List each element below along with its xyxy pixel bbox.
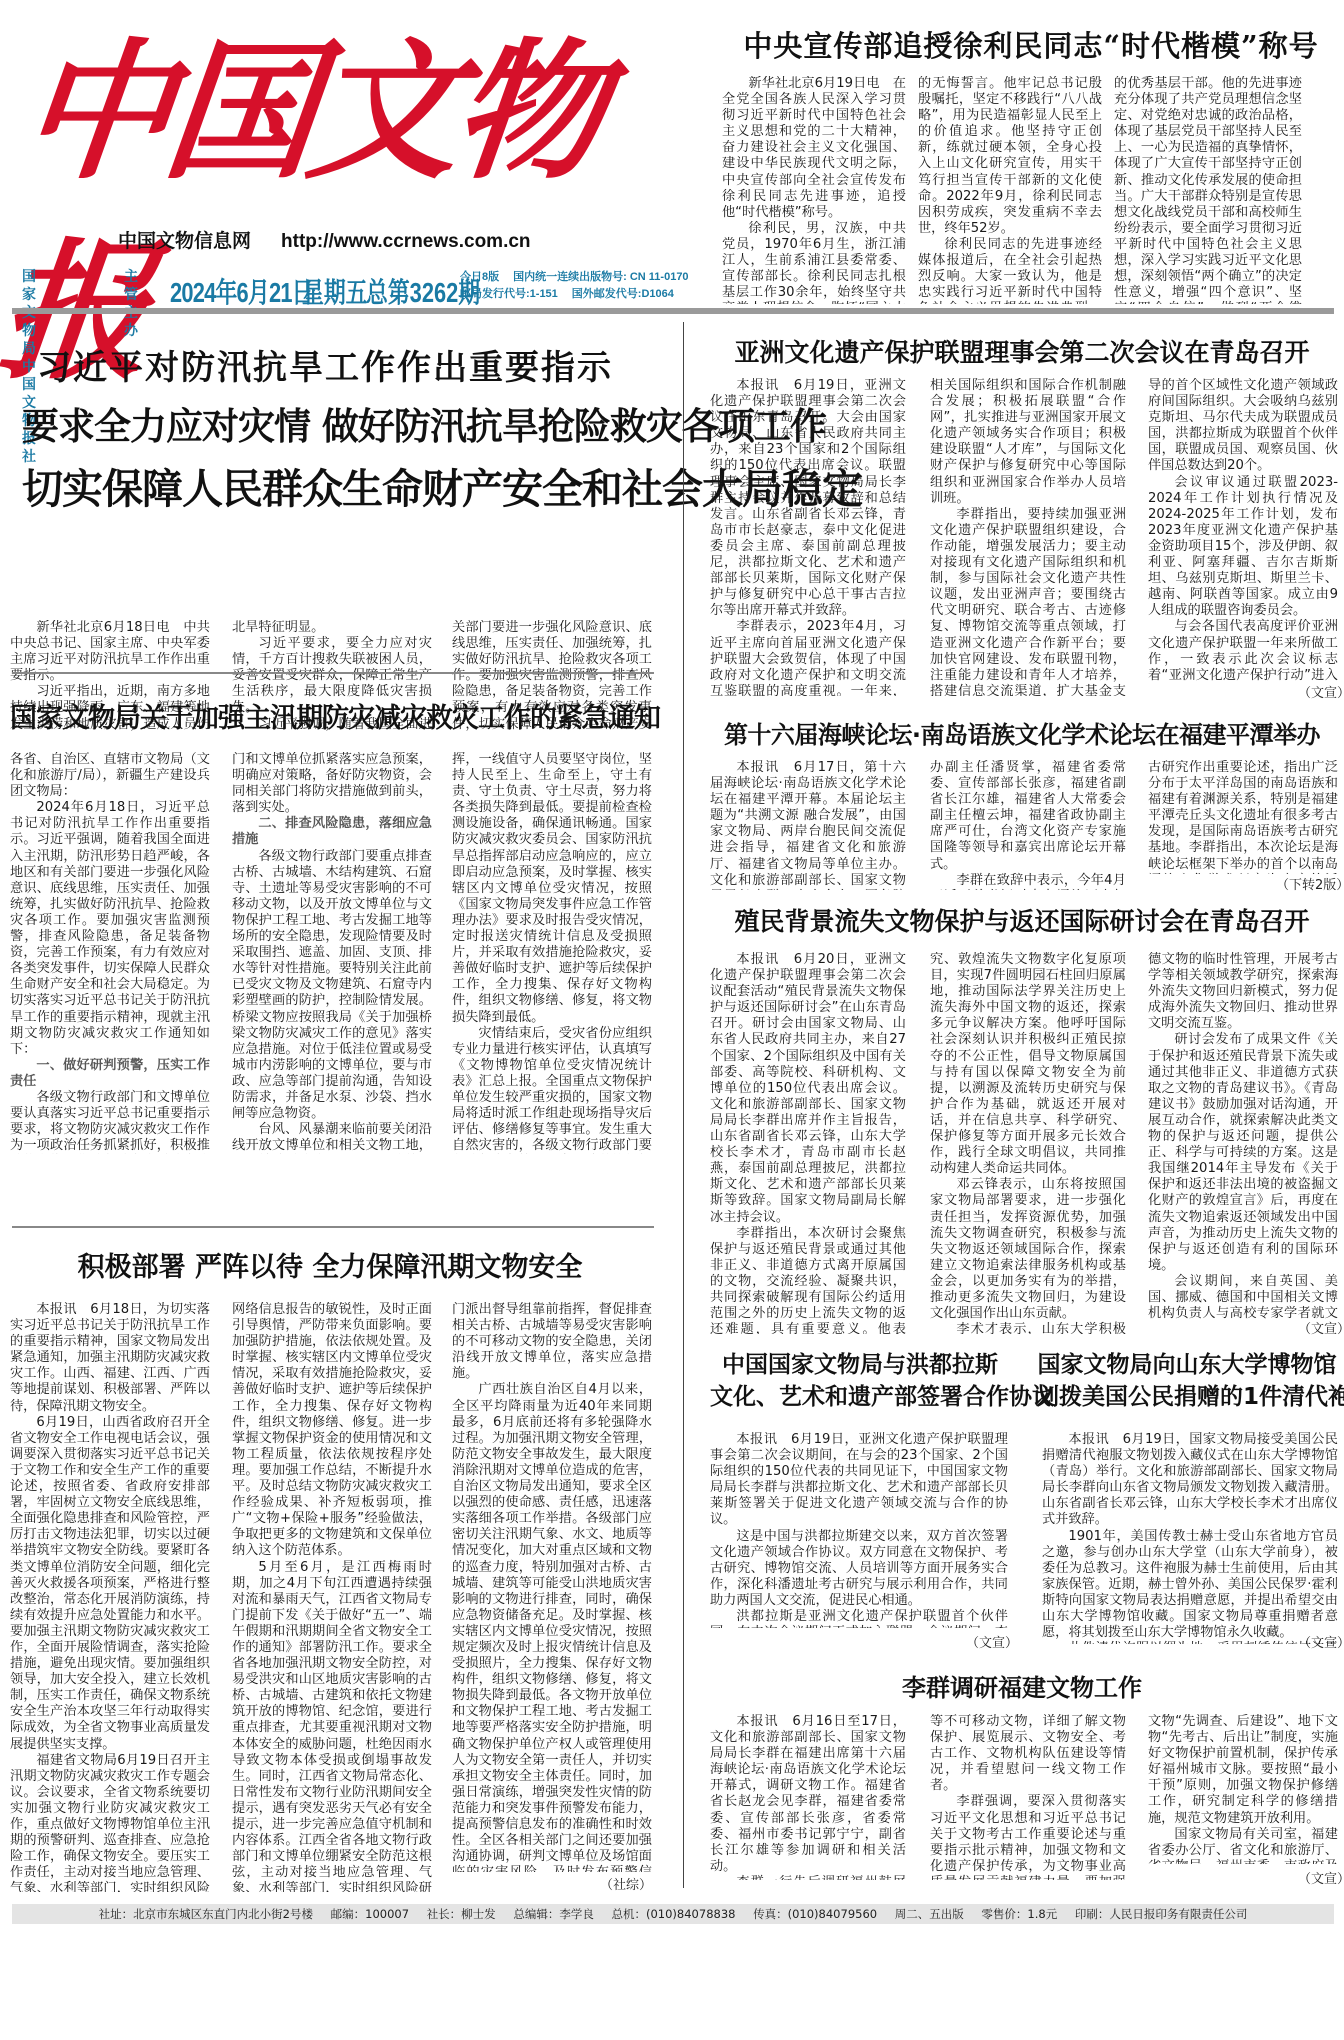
paragraph: 等不可移动文物，详细了解文物保护、展览展示、文物安全、考古工作、文物机构队伍建设… [930, 1714, 1126, 1794]
paragraph: 这是中国与洪都拉斯建交以来，双方首次签署文化遗产领域合作协议。双方同意在文物保护… [710, 1529, 1008, 1609]
publisher-roles: 主管 主办 [124, 267, 138, 339]
cn-number: 国内统一连续出版物号: CN 11-0170 [513, 271, 688, 283]
publisher-footer: 社址：北京市东城区东直门内北小街2号楼 邮编：100007 社长：柳士发 总编辑… [12, 1904, 1334, 1924]
paragraph: 5月至6月，是江西梅雨时期，加之4月下旬江西遭遇持续强对流和暴雨天气，江西省文物… [232, 1560, 432, 1893]
page-column-divider [683, 322, 684, 1888]
headline-fujian-survey: 李群调研福建文物工作 [700, 1668, 1344, 1703]
headline-flood-deploy: 积极部署 严阵以待 全力保障汛期文物安全 [20, 1245, 640, 1284]
paragraph: 新华社北京6月19日电 在全党全国各族人民深入学习贯彻习近平新时代中国特色社会主… [722, 76, 906, 221]
paragraph: 北旱特征明显。 [232, 620, 432, 636]
headline-flood-instruction-2: 要求全力应对灾情 做好防汛抗旱抢险救灾各项工作 [22, 396, 642, 450]
issue-date: 2024年6月21日 [170, 271, 313, 311]
asia-alliance-col-1: 本报讯 6月19日，亚洲文化遗产保护联盟理事会第二次会议在山东青岛召开。大会由国… [710, 378, 906, 696]
emergency-notice-col-2: 门和文博单位抓紧落实应急预案，明确应对策略，备好防灾物资，会同相关部门将防灾措施… [232, 752, 432, 1154]
headline-asia-alliance: 亚洲文化遗产保护联盟理事会第二次会议在青岛召开 [700, 333, 1344, 369]
byline: （文宣） [1298, 1868, 1344, 1887]
continued-link[interactable]: （下转2版） [1276, 874, 1344, 893]
paragraph: 李群一行先后调研福州鼓屏路86号遗址、三坊七巷沈葆桢故居、柔远驿（琉球馆）、福建… [710, 1875, 906, 1880]
headline-flood-instruction-3: 切实保障人民群众生命财产安全和社会大局稳定 [22, 456, 642, 515]
footer-price: 零售价：1.8元 [981, 1907, 1057, 1921]
footer-fax: 传真：(010)84079560 [753, 1907, 877, 1921]
newspaper-logo: 中国文物报 [11, 12, 642, 212]
headline-strait-forum: 第十六届海峡论坛·南岛语族文化学术论坛在福建平潭举办 [700, 715, 1344, 750]
emergency-notice-col-3: 挥，一线值守人员要坚守岗位，坚持人民至上、生命至上，守土有责、守土负责、守土尽责… [452, 752, 652, 1154]
role-supervisor: 主管 [124, 267, 138, 303]
xu-limin-col-2: 的无悔誓言。他牢记总书记殷殷嘱托，坚定不移践行“八八战略”，用为民造福彰显人民至… [918, 76, 1102, 304]
paragraph: 徐利民，男，汉族，中共党员，1970年6月生，浙江浦江人，生前系浦江县委常委、宣… [722, 221, 906, 304]
paragraph: 办副主任潘贤掌，福建省委常委、宣传部部长张彦，福建省副省长江尔雄，福建省人大常委… [930, 760, 1126, 873]
paragraph: 2024年6月18日，习近平总书记对防汛抗旱工作作出重要指示。习近平强调，随着我… [10, 800, 210, 1058]
footer-editor: 总编辑：李学良 [513, 1907, 594, 1921]
paragraph: 广西壮族自治区自4月以来，全区平均降雨量为近40年来同期最多，6月底前还将有多轮… [452, 1382, 652, 1872]
paragraph: 国家文物局有关司室，福建省委办公厅、省文化和旅游厅、省文物局，福州市委、市政府及… [1148, 1827, 1338, 1864]
site-name: 中国文物信息网 [118, 231, 251, 252]
fujian-survey-col-1: 本报讯 6月16日至17日，文化和旅游部副部长、国家文物局局长李群在福建出席第十… [710, 1714, 906, 1880]
paragraph: 李群指出，本次研讨会聚焦保护与返还殖民背景或通过其他非正义、非道德方式离开原属国… [710, 1226, 906, 1334]
paragraph: 各级文物行政部门要重点排查古桥、古城墙、木结构建筑、石窟寺、土遗址等易受灾害影响… [232, 849, 432, 1123]
paragraph: 究、敦煌流失文物数字化复原项目，实现7件圆明园石柱回归原属地，推动国际法学界关注… [930, 952, 1126, 1177]
honduras-body: 本报讯 6月19日，亚洲文化遗产保护联盟理事会第二次会议期间，在与会的23个国家… [710, 1432, 1008, 1628]
paragraph: 与会各国代表高度评价亚洲文化遗产保护联盟一年来所做工作，一致表示此次会议标志着“… [1148, 619, 1338, 682]
paragraph: 会议审议通过联盟2023-2024年工作计划执行情况及2024-2025年工作计… [1148, 475, 1338, 620]
paragraph: 李群指出，要持续加强亚洲文化遗产保护联盟组织建设，合作动能，增强发展活力；要主动… [930, 507, 1126, 696]
byline: （文宣） [1298, 682, 1344, 701]
paragraph: 本报讯 6月18日，为切实落实习近平总书记关于防汛抗旱工作的重要指示精神，国家文… [10, 1302, 210, 1415]
paragraph: 本报讯 6月17日，第十六届海峡论坛·南岛语族文化学术论坛在福建平潭开幕。本届论… [710, 760, 906, 890]
paragraph: 研讨会发布了成果文件《关于保护和返还殖民背景下流失或通过其他非正义、非道德方式获… [1148, 1032, 1338, 1273]
repatriation-col-3: 德文物的临时性管理，开展考古学等相关领域教学研究，探索海外流失文物回归新模式，努… [1148, 952, 1338, 1320]
repatriation-col-2: 究、敦煌流失文物数字化复原项目，实现7件圆明园石柱回归原属地，推动国际法学界关注… [930, 952, 1126, 1334]
emergency-notice-col-1: 各省、自治区、直辖市文物局（文化和旅游厅/局），新疆生产建设兵团文物局： 202… [10, 752, 210, 1154]
paragraph: 文物“先调查、后建设”、地下文物“先考古、后出让”制度，实施好文物保护前置机制，… [1148, 1714, 1338, 1827]
paragraph: 福建省文物局6月19日召开主汛期文物防灾减灾救灾工作专题会议。会议要求，全省文物… [10, 1753, 210, 1892]
paragraph: 相关国际组织和国际合作机制融合发展；积极拓展联盟“合作网”，扎实推进与亚洲国家开… [930, 378, 1126, 507]
paragraph: 的优秀基层干部。他的先进事迹充分体现了共产党员理想信念坚定、对党绝对忠诚的政治品… [1114, 76, 1302, 304]
paragraph: 门派出督导组靠前指挥，督促排查相关古桥、古城墙等易受灾害影响的不可移动文物的安全… [452, 1302, 652, 1382]
paragraph: 李术才表示，山东大学积极投入海外流失文物的返还工作，正与美国加州大学洛杉矶分校合… [930, 1322, 1126, 1334]
paragraph: 门和文博单位抓紧落实应急预案，明确应对策略，备好防灾物资，会同相关部门将防灾措施… [232, 752, 432, 816]
headline-honduras-2: 文化、艺术和遗产部签署合作协议 [710, 1382, 1010, 1412]
issue-weekday: 星期五 [302, 271, 368, 311]
paragraph: 德文物的临时性管理，开展考古学等相关领域教学研究，探索海外流失文物回归新模式，努… [1148, 952, 1338, 1032]
headline-repatriation-symposium: 殖民背景流失文物保护与返还国际研讨会在青岛召开 [700, 902, 1344, 938]
repatriation-col-1: 本报讯 6月20日，亚洲文化遗产保护联盟理事会第二次会议配套活动“殖民背景流失文… [710, 952, 906, 1334]
paragraph: 本报讯 6月19日，亚洲文化遗产保护联盟理事会第二次会议期间，在与会的23个国家… [710, 1432, 1008, 1529]
headline-xu-limin: 中央宣传部追授徐利民同志“时代楷模”称号 [728, 24, 1334, 65]
paragraph: 本报讯 6月19日，亚洲文化遗产保护联盟理事会第二次会议在山东青岛召开。大会由国… [710, 378, 906, 619]
section-heading: 一、做好研判预警，压实工作责任 [10, 1058, 210, 1090]
masthead-divider [12, 308, 1334, 314]
footer-postcode: 邮编：100007 [331, 1907, 409, 1921]
footer-address: 社址：北京市东城区东直门内北小街2号楼 [99, 1907, 313, 1921]
flood-deploy-col-3: 门派出督导组靠前指挥，督促排查相关古桥、古城墙等易受灾害影响的不可移动文物的安全… [452, 1302, 652, 1872]
byline: （社综） [600, 1874, 652, 1893]
asia-alliance-col-3: 导的首个区域性文化遗产领域政府间国际组织。大会吸纳乌兹别克斯坦、马尔代夫成为联盟… [1148, 378, 1338, 682]
paragraph: 台风、风暴潮来临前要关闭沿线开放文博单位和相关文物工地，及时转移受威胁区域人员，… [232, 1122, 432, 1154]
paragraph: 徐利民同志的先进事迹经媒体报道后，在全社会引起热烈反响。大家一致认为，他是忠实践… [918, 237, 1102, 304]
footer-phone: 总机：(010)84078838 [612, 1907, 736, 1921]
postal-code: 邮局发行代号:1-151 [460, 288, 558, 300]
paragraph: 的无悔誓言。他牢记总书记殷殷嘱托，坚定不移践行“八八战略”，用为民造福彰显人民至… [918, 76, 1102, 237]
flood-deploy-col-2: 网络信息报告的敏锐性，及时正面引导舆情，严防带来负面影响。要加强防护措施，依法依… [232, 1302, 432, 1892]
byline: （文宣） [1298, 1318, 1344, 1337]
paragraph: 本报讯 6月16日至17日，文化和旅游部副部长、国家文物局局长李群在福建出席第十… [710, 1714, 906, 1875]
section-divider [12, 672, 654, 674]
paragraph: 各省、自治区、直辖市文物局（文化和旅游厅/局），新疆生产建设兵团文物局： [10, 752, 210, 800]
paragraph: 导的首个区域性文化遗产领域政府间国际组织。大会吸纳乌兹别克斯坦、马尔代夫成为联盟… [1148, 378, 1338, 475]
paragraph: 李群表示，2023年4月，习近平主席向首届亚洲文化遗产保护联盟大会致贺信，体现了… [710, 619, 906, 696]
section-heading: 二、排查风险隐患，落细应急措施 [232, 816, 432, 848]
strait-forum-col-3: 古研究作出重要论述，指出广泛分布于太平洋岛国的南岛语族和福建有着渊源关系，特别是… [1148, 760, 1338, 874]
paragraph: 洪都拉斯是亚洲文化遗产保护联盟首个伙伴国，在本次会议期间正式加入联盟。会议期间，… [710, 1609, 1008, 1628]
paragraph: 网络信息报告的敏锐性，及时正面引导舆情，严防带来负面影响。要加强防护措施，依法依… [232, 1302, 432, 1560]
paragraph: 灾情结束后，受灾省份应组织专业力量进行核实评估，认真填写《文物博物馆单位受灾情况… [452, 1026, 652, 1154]
site-info: 中国文物信息网http://www.ccrnews.com.cn [118, 226, 531, 253]
paragraph: 本报讯 6月19日，国家文物局接受美国公民捐赠清代袍服文物划拨入藏仪式在山东大学… [1042, 1432, 1338, 1529]
byline: （文宣） [1298, 1632, 1344, 1651]
paragraph: 6月19日，山西省政府召开全省文物安全工作电视电话会议，强调要深入贯彻落实习近平… [10, 1415, 210, 1753]
paragraph: 本报讯 6月20日，亚洲文化遗产保护联盟理事会第二次会议配套活动“殖民背景流失文… [710, 952, 906, 1226]
headline-qing-robe-1: 国家文物局向山东大学博物馆 [1036, 1350, 1338, 1380]
asia-alliance-col-2: 相关国际组织和国际合作机制融合发展；积极拓展联盟“合作网”，扎实推进与亚洲国家开… [930, 378, 1126, 696]
flood-deploy-col-1: 本报讯 6月18日，为切实落实习近平总书记关于防汛抗旱工作的重要指示精神，国家文… [10, 1302, 210, 1892]
headline-emergency-notice: 国家文物局关于加强主汛期防灾减灾救灾工作的紧急通知 [10, 696, 656, 735]
qing-robe-body: 本报讯 6月19日，国家文物局接受美国公民捐赠清代袍服文物划拨入藏仪式在山东大学… [1042, 1432, 1338, 1644]
paragraph: 邓云锋表示，山东将按照国家文物局部署要求，进一步强化责任担当，发挥资源优势，加强… [930, 1177, 1126, 1322]
paragraph: 李群在致辞中表示，今年4月习近平总书记对南岛语族历史与考 [930, 873, 1126, 890]
section-divider [12, 1226, 654, 1228]
page-count: 今日8版 [460, 271, 499, 283]
paragraph: 此件清代袍服以绸为地，采用刺绣传统技法平金绣，个别纹样在金线上以彩色丝线施绣，是… [1042, 1641, 1338, 1644]
paragraph: 古研究作出重要论述，指出广泛分布于太平洋岛国的南岛语族和福建有着渊源关系，特别是… [1148, 760, 1338, 874]
fujian-survey-col-3: 文物“先调查、后建设”、地下文物“先考古、后出让”制度，实施好文物保护前置机制，… [1148, 1714, 1338, 1864]
paragraph: 1901年，美国传教士赫士受山东省地方官员之邀，参与创办山东大学堂（山东大学前身… [1042, 1529, 1338, 1642]
foreign-code: 国外邮发代号:D1064 [572, 288, 674, 300]
byline: （文宣） [966, 1632, 1018, 1651]
strait-forum-col-1: 本报讯 6月17日，第十六届海峡论坛·南岛语族文化学术论坛在福建平潭开幕。本届论… [710, 760, 906, 890]
footer-printer: 印刷：人民日报印务有限责任公司 [1075, 1907, 1248, 1921]
paragraph: 挥，一线值守人员要坚守岗位，坚持人民至上、生命至上，守土有责、守土负责、守土尽责… [452, 752, 652, 1026]
paragraph: 新华社北京6月18日电 中共中央总书记、国家主席、中央军委主席习近平对防汛抗旱工… [10, 620, 210, 684]
strait-forum-col-2: 办副主任潘贤掌，福建省委常委、宣传部部长张彦，福建省副省长江尔雄，福建省人大常委… [930, 760, 1126, 890]
headline-flood-instruction-1: 习近平对防汛抗旱工作作出重要指示 [30, 340, 620, 389]
paragraph: 会议期间，来自英国、美国、挪威、德国和中国相关文博机构负责人与高校专家学者就文物… [1148, 1274, 1338, 1320]
xu-limin-col-3: 的优秀基层干部。他的先进事迹充分体现了共产党员理想信念坚定、对党绝对忠诚的政治品… [1114, 76, 1302, 304]
footer-schedule: 周二、五出版 [895, 1907, 964, 1921]
paragraph: 各级文物行政部门和文博单位要认真落实习近平总书记重要指示要求，将文物防灾减灾救灾… [10, 1090, 210, 1154]
paragraph: 李群强调，要深入贯彻落实习近平文化思想和习近平总书记关于文物考古工作重要论述与重… [930, 1794, 1126, 1880]
headline-qing-robe-2: 划拨美国公民捐赠的1件清代袍服 [1036, 1382, 1338, 1412]
publication-codes: 今日8版国内统一连续出版物号: CN 11-0170 邮局发行代号:1-151国… [460, 269, 703, 303]
footer-president: 社长：柳士发 [427, 1907, 496, 1921]
xu-limin-col-1: 新华社北京6月19日电 在全党全国各族人民深入学习贯彻习近平新时代中国特色社会主… [722, 76, 906, 304]
fujian-survey-col-2: 等不可移动文物，详细了解文物保护、展览展示、文物安全、考古工作、文物机构队伍建设… [930, 1714, 1126, 1880]
site-url-link[interactable]: http://www.ccrnews.com.cn [281, 231, 531, 252]
headline-honduras-1: 中国国家文物局与洪都拉斯 [710, 1350, 1010, 1380]
